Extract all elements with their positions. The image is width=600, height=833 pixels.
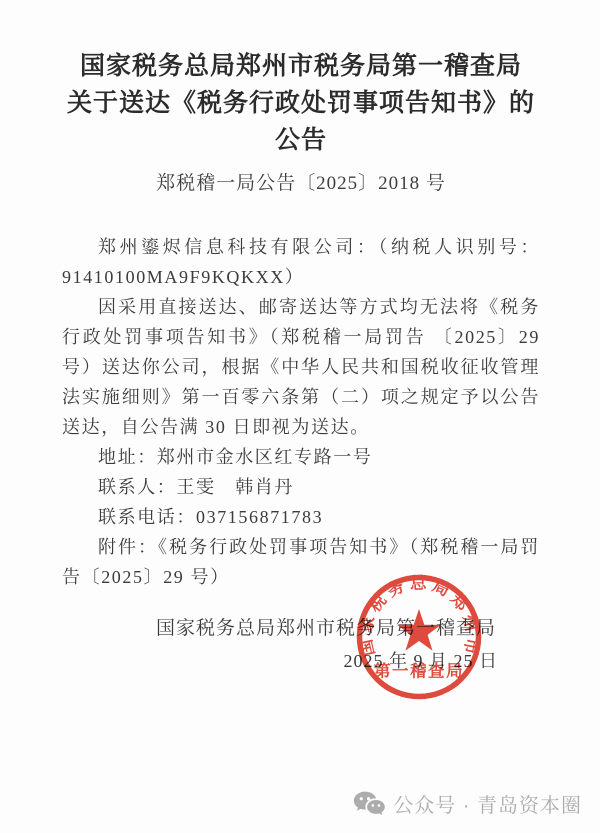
signature-block: 国家税务总局郑州市税务局第一稽查局 2025 年 9 月 25 日 — [62, 616, 540, 673]
title-line-1: 国家税务总局郑州市税务局第一稽查局 — [62, 48, 540, 85]
wechat-icon — [353, 790, 386, 818]
paragraph-company: 郑州鎏烬信息科技有限公司：（纳税人识别号：91410100MA9F9KQKXX） — [62, 232, 540, 292]
signature-date: 2025 年 9 月 25 日 — [62, 649, 540, 673]
title-line-3: 公告 — [62, 122, 540, 159]
signature-org: 国家税务总局郑州市税务局第一稽查局 — [62, 616, 540, 642]
paragraph-address: 地址：郑州市金水区红专路一号 — [62, 442, 540, 472]
paragraph-attachment: 附件：《税务行政处罚事项告知书》（郑税稽一局罚告〔2025〕29 号） — [62, 532, 540, 592]
paragraph-contact-phone: 联系电话：037156871783 — [62, 502, 540, 532]
footer-label: 公众号 · 青岛资本圈 — [393, 789, 582, 818]
announcement-page: 国家税务总局郑州市税务局第一稽查局 关于送达《税务行政处罚事项告知书》的 公告 … — [0, 0, 600, 833]
page-title: 国家税务总局郑州市税务局第一稽查局 关于送达《税务行政处罚事项告知书》的 公告 — [62, 48, 540, 159]
announcement-text: 郑州鎏烬信息科技有限公司：（纳税人识别号：91410100MA9F9KQKXX）… — [62, 232, 540, 592]
document-body: 国家税务总局郑州市税务局第一稽查局 关于送达《税务行政处罚事项告知书》的 公告 … — [0, 0, 600, 673]
footer-watermark: 公众号 · 青岛资本圈 — [353, 789, 582, 818]
paragraph-notice: 因采用直接送达、邮寄送达等方式均无法将《税务行政处罚事项告知书》（郑税稽一局罚告… — [62, 292, 540, 442]
title-line-2: 关于送达《税务行政处罚事项告知书》的 — [62, 85, 540, 122]
paragraph-contact-person: 联系人：王雯 韩肖丹 — [62, 472, 540, 502]
document-number: 郑税稽一局公告〔2025〕2018 号 — [62, 168, 540, 195]
